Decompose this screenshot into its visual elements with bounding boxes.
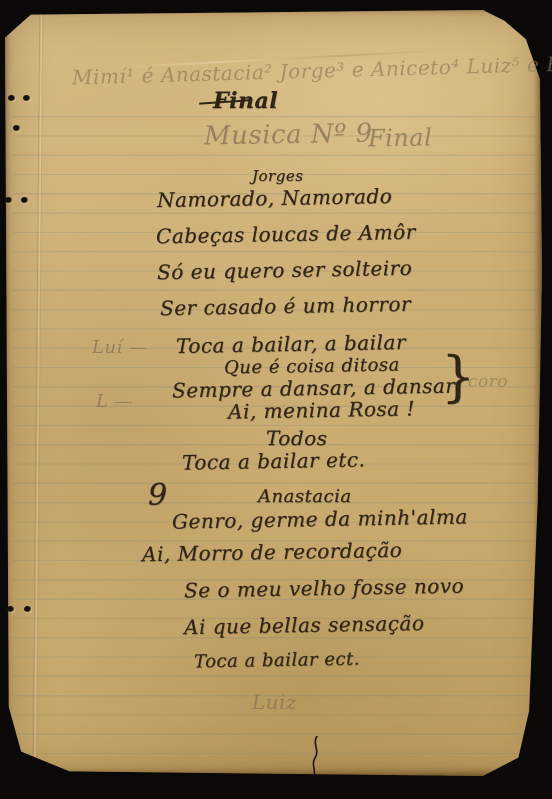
binding-hole xyxy=(23,95,30,101)
manuscript-photo: Mimí¹ é Anastacia² Jorge³ e Aniceto⁴ Lui… xyxy=(0,0,552,799)
lyric-line: Só eu quero ser solteiro xyxy=(157,256,413,284)
margin-cue-luis: Luí — xyxy=(92,337,148,358)
lyric-line: Namorado, Namorado xyxy=(157,184,393,212)
binding-hole xyxy=(24,606,31,612)
binding-hole xyxy=(7,606,14,612)
stray-hair-mark xyxy=(308,736,322,776)
lyric-line: Ai que bellas sensação xyxy=(184,611,425,639)
binding-hole xyxy=(5,197,12,203)
voice-label-jorges: Jorges xyxy=(252,167,303,185)
lyric-line: Se o meu velho fosse novo xyxy=(184,574,464,603)
music-number-title: Musica Nº 9 xyxy=(204,119,373,152)
binding-hole xyxy=(8,95,15,101)
binding-hole xyxy=(21,197,28,203)
signature-pencil: Luiz xyxy=(252,690,297,714)
voice-label-anastacia: Anastacia xyxy=(258,486,352,507)
lyric-line: Ser casado é um horror xyxy=(160,292,411,320)
scene-number: 9 xyxy=(148,478,168,513)
lyric-line: Toca a bailar ect. xyxy=(194,649,360,673)
todos-line: Toca a bailar etc. xyxy=(182,447,366,474)
voice-label-todos: Todos xyxy=(266,426,327,450)
margin-cue-l: L — xyxy=(96,391,133,412)
lyric-line: Cabeças loucas de Amôr xyxy=(156,220,416,249)
chorus-line: Toca a bailar, a bailar xyxy=(176,330,406,358)
chorus-line: Ai, menina Rosa ! xyxy=(228,396,415,423)
music-number-final: Final xyxy=(368,123,433,152)
lyric-line: Ai, Morro de recordação xyxy=(142,538,403,567)
binding-hole xyxy=(13,125,20,131)
coro-pencil-note: coro xyxy=(468,372,508,392)
